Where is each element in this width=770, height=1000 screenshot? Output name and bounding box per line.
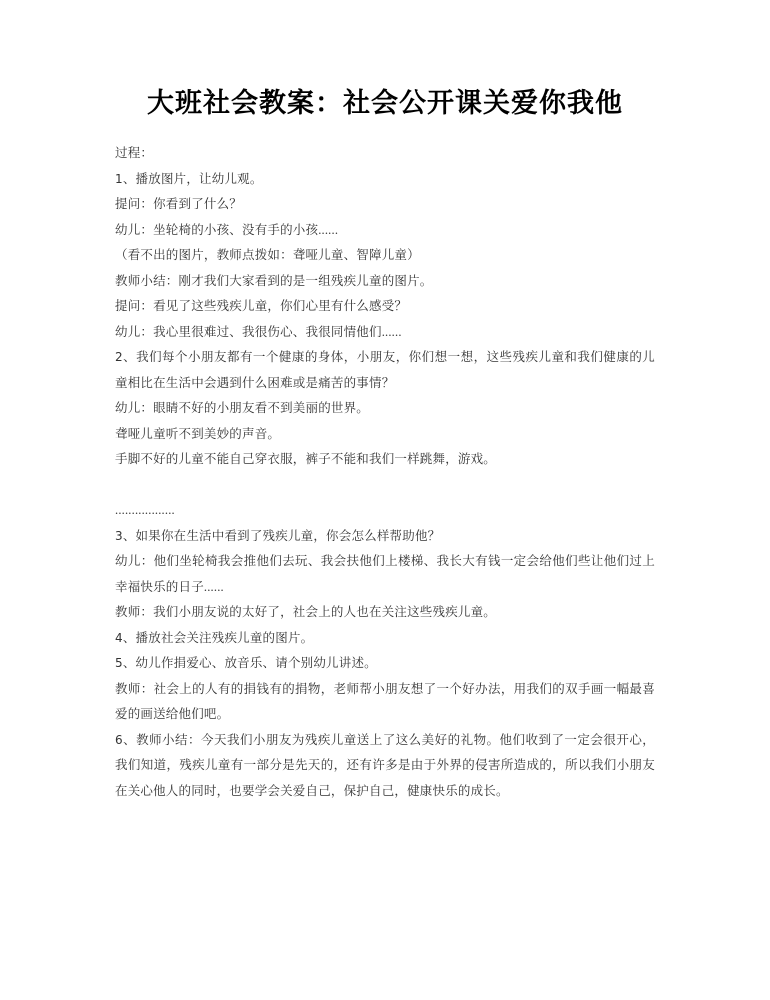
paragraph: 教师：社会上的人有的捐钱有的捐物，老师帮小朋友想了一个好办法，用我们的双手画一幅…	[115, 677, 655, 728]
paragraph: 聋哑儿童听不到美妙的声音。	[115, 422, 655, 448]
paragraph-number: 3	[115, 529, 123, 543]
paragraph-number: 1	[115, 172, 123, 186]
paragraph: ..................	[115, 498, 655, 524]
document-title: 大班社会教案：社会公开课关爱你我他	[70, 87, 700, 120]
paragraph: 教师小结：刚才我们大家看到的是一组残疾儿童的图片。	[115, 269, 655, 295]
paragraph-number: 4	[115, 631, 123, 645]
paragraph-number: 2	[115, 350, 123, 364]
paragraph: 2、我们每个小朋友都有一个健康的身体，小朋友，你们想一想，这些残疾儿童和我们健康…	[115, 345, 655, 396]
paragraph: 1、播放图片，让幼儿观。	[115, 167, 655, 193]
paragraph: 5、幼儿作捐爱心、放音乐、请个别幼儿讲述。	[115, 651, 655, 677]
paragraph-number: 6	[115, 733, 123, 747]
paragraph: 3、如果你在生活中看到了残疾儿童，你会怎么样帮助他？	[115, 524, 655, 550]
paragraph: （看不出的图片，教师点拨如：聋哑儿童、智障儿童）	[115, 243, 655, 269]
paragraph: 幼儿：眼睛不好的小朋友看不到美丽的世界。	[115, 396, 655, 422]
document-body: 过程：1、播放图片，让幼儿观。提问：你看到了什么？幼儿：坐轮椅的小孩、没有手的小…	[0, 120, 770, 804]
paragraph: 提问：看见了这些残疾儿童，你们心里有什么感受？	[115, 294, 655, 320]
paragraph: 提问：你看到了什么？	[115, 192, 655, 218]
blank-line	[115, 473, 655, 499]
paragraph: 6、教师小结：今天我们小朋友为残疾儿童送上了这么美好的礼物。他们收到了一定会很开…	[115, 728, 655, 805]
paragraph: 幼儿：我心里很难过、我很伤心、我很同情他们......	[115, 320, 655, 346]
paragraph-number: 5	[115, 656, 123, 670]
document-page: 大班社会教案：社会公开课关爱你我他 过程：1、播放图片，让幼儿观。提问：你看到了…	[0, 0, 770, 1000]
paragraph: 手脚不好的儿童不能自己穿衣服，裤子不能和我们一样跳舞，游戏。	[115, 447, 655, 473]
paragraph: 幼儿：他们坐轮椅我会推他们去玩、我会扶他们上楼梯、我长大有钱一定会给他们些让他们…	[115, 549, 655, 600]
paragraph: 过程：	[115, 141, 655, 167]
paragraph: 4、播放社会关注残疾儿童的图片。	[115, 626, 655, 652]
paragraph: 教师：我们小朋友说的太好了，社会上的人也在关注这些残疾儿童。	[115, 600, 655, 626]
paragraph: 幼儿：坐轮椅的小孩、没有手的小孩......	[115, 218, 655, 244]
